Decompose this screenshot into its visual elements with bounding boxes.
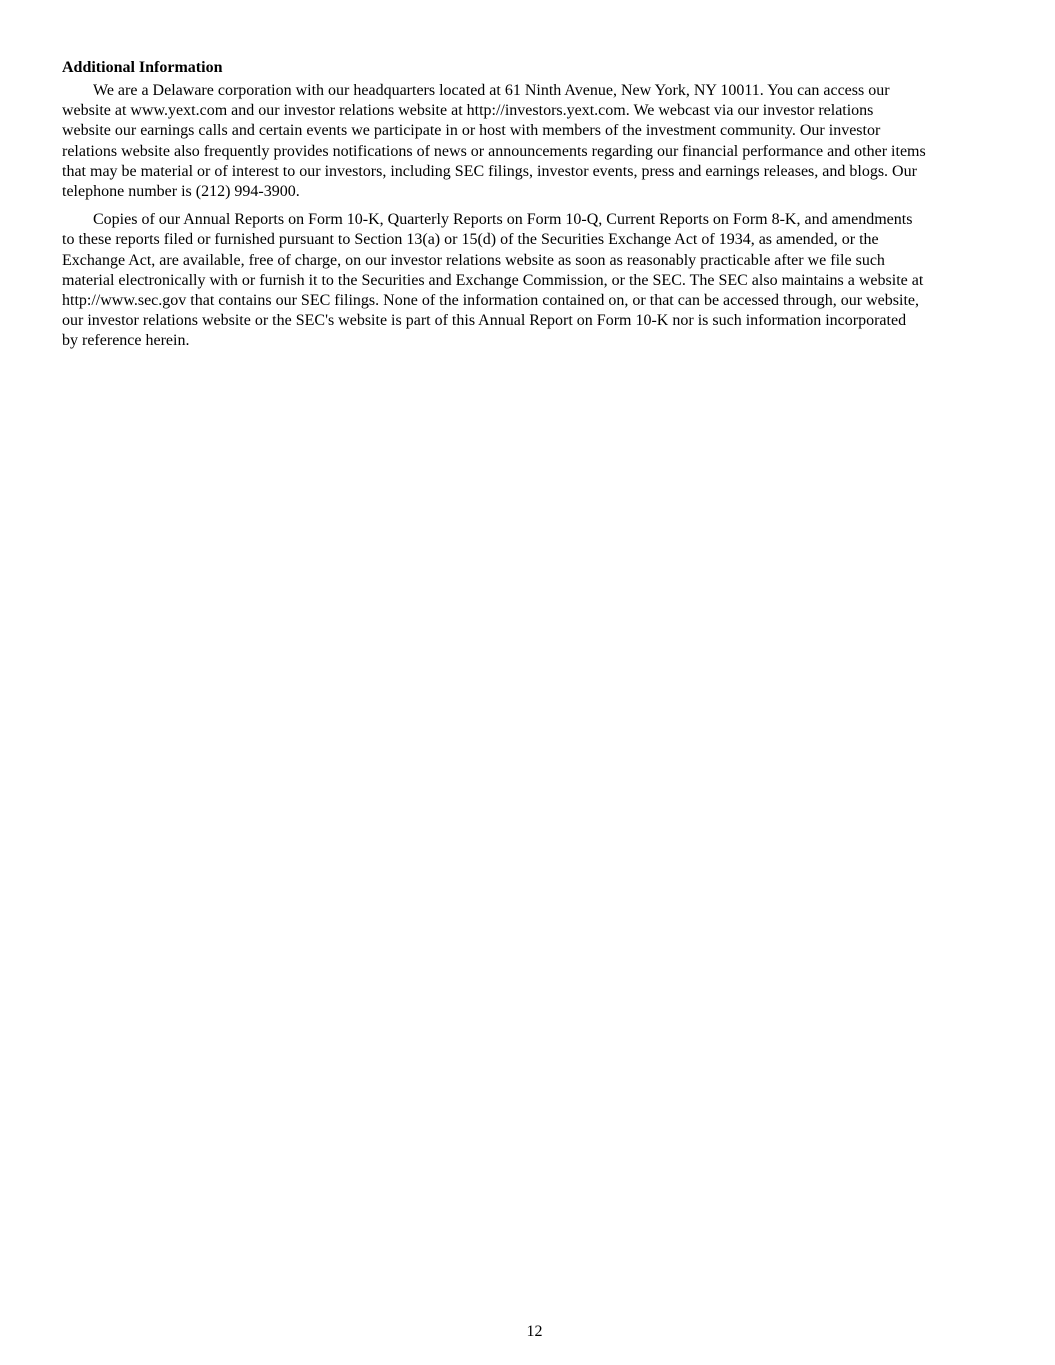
paragraph-company-info: We are a Delaware corporation with our h… <box>62 81 994 202</box>
paragraph-line: Copies of our Annual Reports on Form 10-… <box>62 210 994 230</box>
paragraph-line: that may be material or of interest to o… <box>62 162 994 182</box>
paragraph-line: website our earnings calls and certain e… <box>62 121 994 141</box>
paragraph-line: http://www.sec.gov that contains our SEC… <box>62 291 994 311</box>
paragraph-line: telephone number is (212) 994-3900. <box>62 182 994 202</box>
paragraph-line: Exchange Act, are available, free of cha… <box>62 251 994 271</box>
paragraph-sec-filings: Copies of our Annual Reports on Form 10-… <box>62 210 994 351</box>
paragraph-line: relations website also frequently provid… <box>62 142 994 162</box>
paragraph-line: We are a Delaware corporation with our h… <box>62 81 994 101</box>
paragraph-line: material electronically with or furnish … <box>62 271 994 291</box>
section-heading: Additional Information <box>62 58 994 78</box>
paragraph-line: our investor relations website or the SE… <box>62 311 994 331</box>
paragraph-line: by reference herein. <box>62 331 994 351</box>
document-page: Additional Information We are a Delaware… <box>62 58 994 360</box>
paragraph-line: to these reports filed or furnished purs… <box>62 230 994 250</box>
paragraph-line: website at www.yext.com and our investor… <box>62 101 994 121</box>
page-number: 12 <box>0 1322 1055 1342</box>
